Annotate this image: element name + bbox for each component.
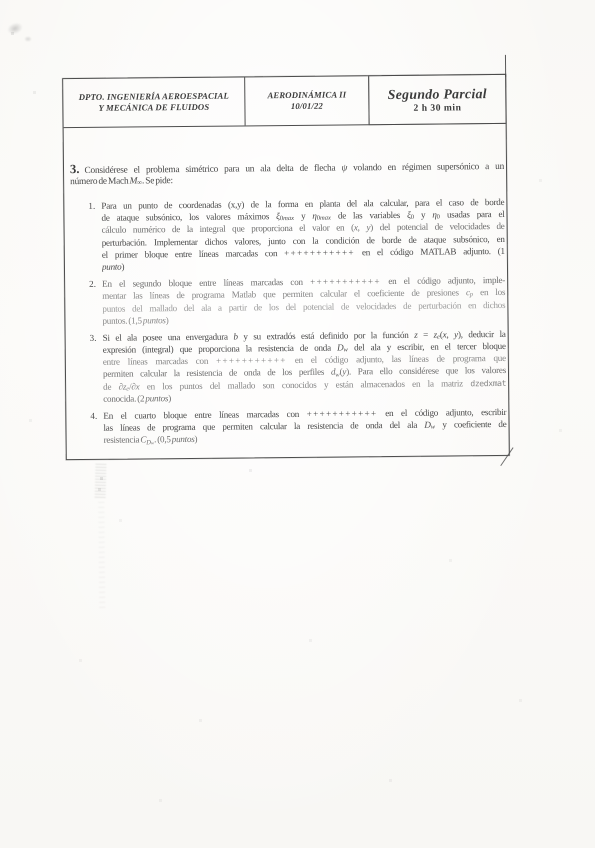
scan-speckles [0,0,1,1]
question-item-1: 1. Para un punto de coordenadas (x,y) de… [88,196,505,273]
tilted-scan-content: DPTO. INGENIERÍA AEROESPACIAL Y MECÁNICA… [0,0,595,848]
question-item-3: 3. Si el ala posee una envergadura b y s… [90,328,507,405]
exam-date: 10/01/22 [291,101,323,113]
problem-number: 3. [70,162,80,176]
problem-body: 3.Considérese el problema simétrico para… [64,159,509,447]
problem-intro: 3.Considérese el problema simétrico para… [70,159,504,189]
exam-duration: 2 h 30 min [413,102,461,113]
question-item-4: 4. En el cuarto bloque entre líneas marc… [90,406,506,447]
exam-frame-box: DPTO. INGENIERÍA AEROESPACIAL Y MECÁNICA… [62,74,510,460]
intro-line-2: número de Mach M∞. Se pide: [70,172,504,189]
course-date-cell: AERODINÁMICA II 10/01/22 [245,76,369,125]
exam-title: Segundo Parcial [388,86,487,102]
department-line2: Y MECÁNICA DE FLUIDOS [99,102,210,115]
course-name: AERODINÁMICA II [267,89,346,101]
exam-header-table: DPTO. INGENIERÍA AEROESPACIAL Y MECÁNICA… [63,75,505,128]
text-line: resistencia CDw. (0,5 puntos) [104,430,507,446]
scan-streak [98,502,105,612]
department-cell: DPTO. INGENIERÍA AEROESPACIAL Y MECÁNICA… [63,77,245,127]
question-item-2: 2. En el segundo bloque entre líneas mar… [89,274,505,327]
question-list: 1. Para un punto de coordenadas (x,y) de… [70,196,506,447]
item-number: 4. [90,410,97,422]
scan-streak [95,464,107,500]
item-number: 1. [88,200,95,212]
item-number: 3. [90,332,97,344]
scanned-exam-page: DPTO. INGENIERÍA AEROESPACIAL Y MECÁNICA… [0,0,595,848]
item-number: 2. [89,278,96,290]
exam-title-cell: Segundo Parcial 2 h 30 min [368,74,506,125]
